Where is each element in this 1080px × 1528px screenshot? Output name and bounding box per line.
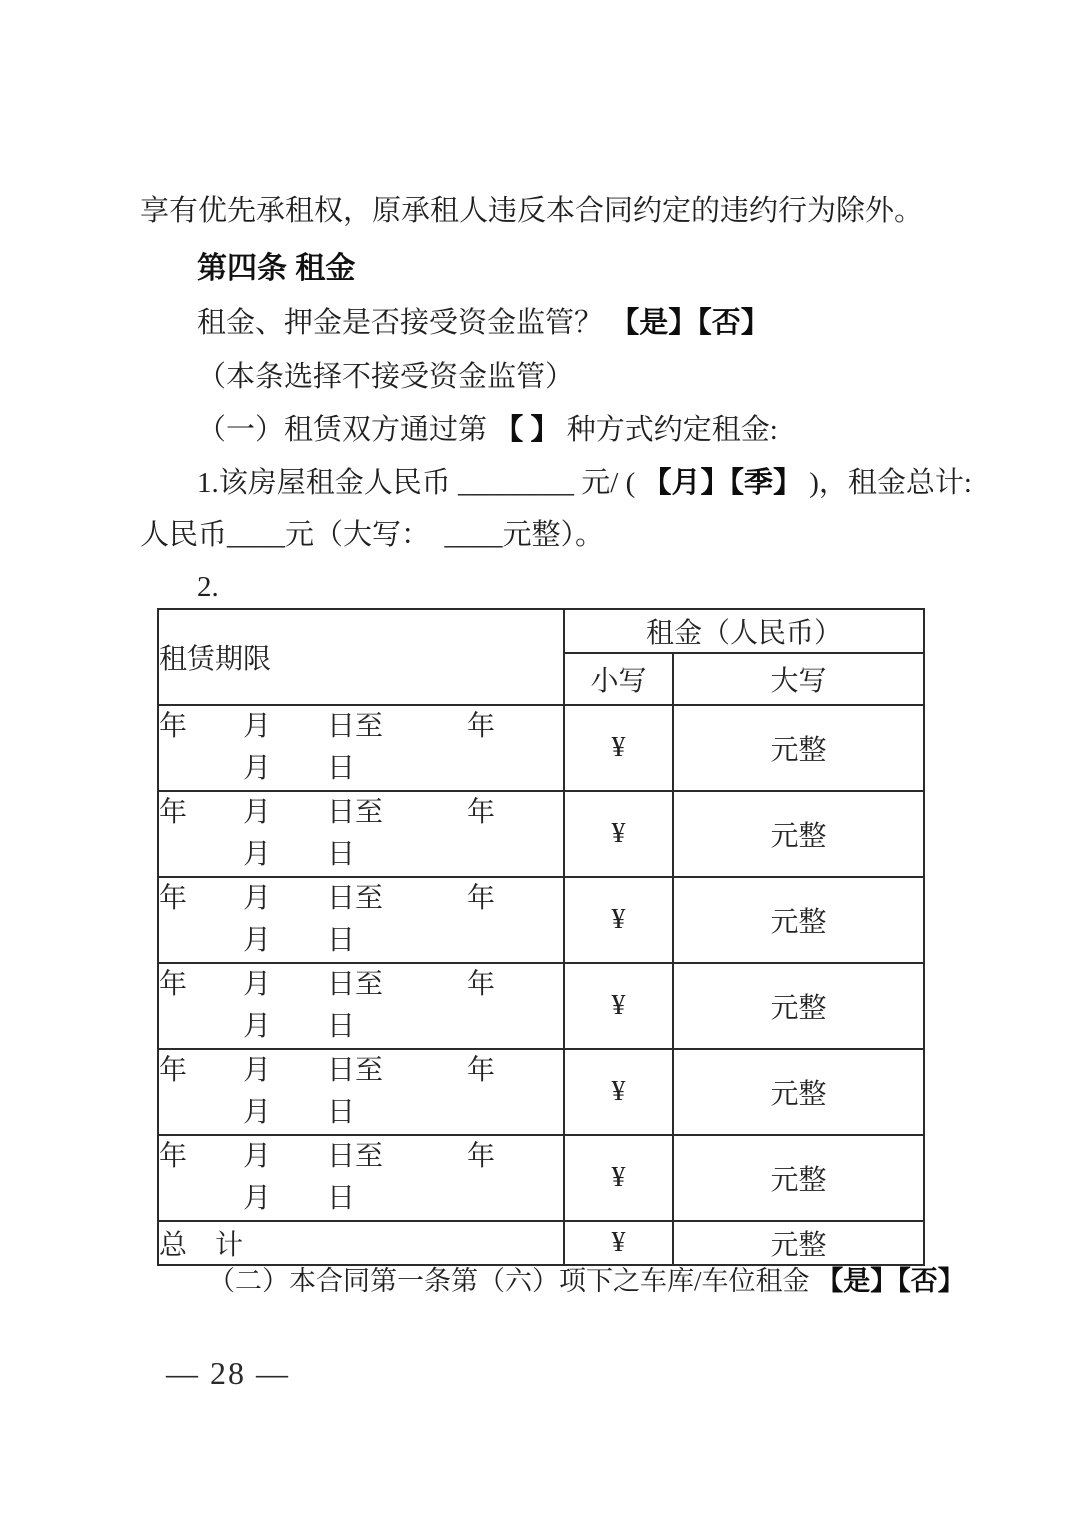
header-rent-group: 租金（人民币） [564,609,924,653]
rent-table: 租赁期限 租金（人民币） 小写 大写 年 月 日至 年 月 日 ¥ 元整 年 月… [157,608,925,1266]
rental-period-cell: 年 月 日至 年 月 日 [158,705,564,791]
rent-amount-cell: ¥ [564,1135,673,1221]
rent1-post: )，租金总计: [809,467,972,499]
clause2-pre: （二）本合同第一条第（六）项下之车库/车位租金 [208,1266,810,1296]
rent-amount-cell: ¥ [564,791,673,877]
clause2-options: 【是】【否】 [816,1266,965,1296]
total-label-cell: 总 计 [158,1221,564,1265]
table-total-row: 总 计 ¥ 元整 [158,1221,924,1265]
rent1-mid: 元/ ( [581,467,635,499]
rental-period-cell: 年 月 日至 年 月 日 [158,877,564,963]
rent-words-cell: 元整 [673,705,924,791]
total-amount-cell: ¥ [564,1221,673,1265]
table-row: 年 月 日至 年 月 日 ¥ 元整 [158,963,924,1049]
rent-amount-cell: ¥ [564,877,673,963]
rent-words-cell: 元整 [673,791,924,877]
supervision-options: 【是】【否】 [610,307,770,339]
rent-words-cell: 元整 [673,1049,924,1135]
paragraph-method: （一）租赁双方通过第 【 】 种方式约定租金: [197,413,778,447]
rental-period-cell: 年 月 日至 年 月 日 [158,963,564,1049]
page-number: — 28 — [166,1355,290,1393]
document-page: { "paragraphs": { "intro": "享有优先承租权，原承租人… [0,0,1080,1528]
rent-words-cell: 元整 [673,1135,924,1221]
rent-words-cell: 元整 [673,877,924,963]
paragraph-supervision-note: （本条选择不接受资金监管） [197,360,574,394]
rent1-pre: 1.该房屋租金人民币 [197,467,451,499]
paragraph-rent-2: 人民币____元（大写： ____元整）。 [140,518,604,552]
table-header-row-1: 租赁期限 租金（人民币） [158,609,924,653]
header-uppercase: 大写 [673,653,924,705]
rent-amount-cell: ¥ [564,1049,673,1135]
rental-period-cell: 年 月 日至 年 月 日 [158,791,564,877]
rent1-blank-field: ________ [458,467,574,499]
article-heading: 第四条 租金 [197,251,355,286]
header-lowercase: 小写 [564,653,673,705]
table-row: 年 月 日至 年 月 日 ¥ 元整 [158,877,924,963]
paragraph-intro: 享有优先承租权，原承租人违反本合同约定的违约行为除外。 [140,194,923,228]
rent-words-cell: 元整 [673,963,924,1049]
table-row: 年 月 日至 年 月 日 ¥ 元整 [158,791,924,877]
table-row: 年 月 日至 年 月 日 ¥ 元整 [158,1135,924,1221]
method-pre: （一）租赁双方通过第 [197,414,487,446]
paragraph-supervision: 租金、押金是否接受资金监管？ 【是】【否】 [197,306,770,340]
total-words-cell: 元整 [673,1221,924,1265]
rent1-period-options: 【月】【季】 [642,467,802,499]
table-row: 年 月 日至 年 月 日 ¥ 元整 [158,705,924,791]
rental-period-cell: 年 月 日至 年 月 日 [158,1135,564,1221]
method-bracket-blank: 【 】 [494,414,559,446]
rent-amount-cell: ¥ [564,963,673,1049]
supervision-question: 租金、押金是否接受资金监管？ [197,307,603,339]
rent-amount-cell: ¥ [564,705,673,791]
rental-period-cell: 年 月 日至 年 月 日 [158,1049,564,1135]
item-2-label: 2. [197,570,219,604]
paragraph-clause-2: （二）本合同第一条第（六）项下之车库/车位租金 【是】【否】 [208,1266,965,1298]
paragraph-rent-1: 1.该房屋租金人民币 ________ 元/ ( 【月】【季】 )，租金总计: [197,466,972,500]
method-post: 种方式约定租金: [567,414,778,446]
header-rental-period: 租赁期限 [158,609,564,705]
table-row: 年 月 日至 年 月 日 ¥ 元整 [158,1049,924,1135]
